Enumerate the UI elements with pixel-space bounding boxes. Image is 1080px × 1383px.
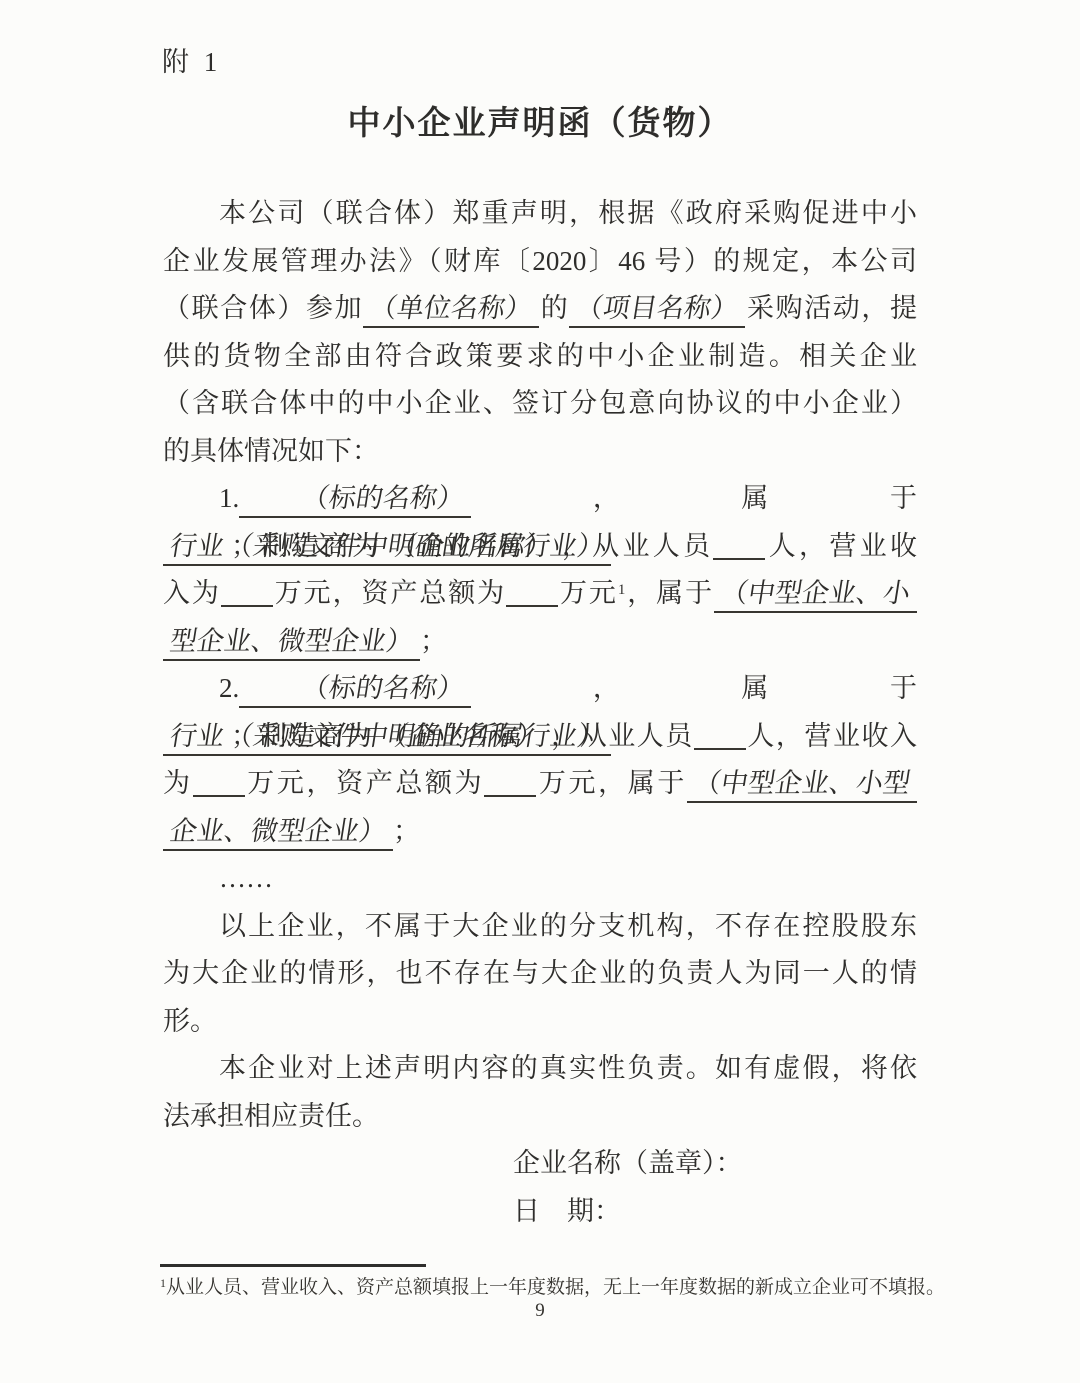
fill-in-field: （企业名称）: [374, 721, 550, 756]
blank-underline: [221, 577, 273, 607]
text-segment: 形。: [163, 1006, 217, 1036]
text-segment: 万元，资产总额为: [273, 578, 506, 608]
text-segment: 法承担相应责任。: [163, 1101, 379, 1131]
body-line: 为大企业的情形，也不存在与大企业的负责人为同一人的情: [163, 950, 917, 998]
text-segment: 日 期：: [513, 1196, 621, 1226]
text-segment: 2.: [219, 673, 239, 703]
fill-in-field: （中型企业、小: [714, 578, 917, 613]
fill-in-field-label: 行业: [166, 713, 228, 761]
body-line: 形。: [163, 998, 917, 1046]
body-line: 的具体情况如下：: [163, 428, 917, 476]
text-segment: 本企业对上述声明内容的真实性负责。如有虚假，将依: [219, 1053, 917, 1083]
fill-in-field-label: （企业名称）: [377, 713, 547, 761]
body-line: 法承担相应责任。: [163, 1093, 917, 1141]
text-segment: ，属于: [471, 483, 917, 513]
body-line: 日 期：: [163, 1188, 917, 1236]
footnote-divider: [160, 1264, 426, 1267]
fill-in-field-label: （项目名称）: [573, 285, 743, 333]
body-line: 本公司（联合体）郑重声明，根据《政府采购促进中小: [163, 190, 917, 238]
text-segment: 供的货物全部由符合政策要求的中小企业制造。相关企业: [163, 341, 917, 371]
fill-in-field-label: （中型企业、小型: [690, 760, 914, 808]
text-segment: 入为: [163, 578, 221, 608]
body-line: 型企业、微型企业）；: [163, 618, 917, 666]
blank-underline: [193, 767, 245, 797]
document-page: 附 1 中小企业声明函（货物） 本公司（联合体）郑重声明，根据《政府采购促进中小…: [0, 0, 1080, 1383]
text-segment: 本公司（联合体）郑重声明，根据《政府采购促进中小: [219, 198, 917, 228]
text-segment: 为大企业的情形，也不存在与大企业的负责人为同一人的情: [163, 958, 917, 988]
text-segment: 为: [163, 768, 193, 798]
text-segment: 的具体情况如下：: [163, 436, 379, 466]
fill-in-field-label: （标的名称）: [242, 475, 468, 523]
text-segment: 的: [539, 293, 569, 323]
fill-in-field-label: （标的名称）: [242, 665, 468, 713]
fill-in-field-label: 企业、微型企业）: [166, 808, 390, 856]
text-segment: 人，营业收: [765, 531, 917, 561]
text-segment: 万元: [558, 578, 618, 608]
fill-in-field-label: （单位名称）: [366, 285, 536, 333]
text-segment: 人，营业收入: [746, 721, 917, 751]
blank-underline: [694, 720, 746, 750]
text-segment: （含联合体中的中小企业、签订分包意向协议的中小企业）: [163, 388, 917, 418]
text-segment: 企业名称（盖章）：: [513, 1148, 743, 1178]
fill-in-field: （中型企业、小型: [687, 768, 917, 803]
text-segment: ；: [393, 816, 420, 846]
body-line: ……: [163, 855, 917, 903]
body-line: 以上企业，不属于大企业的分支机构，不存在控股股东: [163, 903, 917, 951]
fill-in-field: 型企业、微型企业）: [163, 626, 420, 661]
fill-in-field-label: （中型企业、小: [717, 570, 914, 618]
fill-in-field-label: 行业: [166, 523, 228, 571]
fill-in-field-label: （企业名称）: [386, 523, 556, 571]
blank-underline: [484, 767, 536, 797]
text-segment: 1.: [219, 483, 239, 513]
text-segment: ……: [219, 863, 273, 893]
fill-in-field: （标的名称）: [239, 483, 471, 518]
text-segment: ，属于: [471, 673, 917, 703]
text-segment: ；: [420, 626, 447, 656]
body-line: 企业、微型企业）；: [163, 808, 917, 856]
fill-in-field: 行业: [163, 531, 231, 566]
fill-in-field: （标的名称）: [239, 673, 471, 708]
body-line: （联合体）参加（单位名称）的（项目名称）采购活动，提: [163, 285, 917, 333]
body-line: 入为万元，资产总额为万元1，属于（中型企业、小: [163, 570, 917, 618]
fill-in-field-label: 型企业、微型企业）: [166, 618, 417, 666]
text-segment: 万元，资产总额为: [245, 768, 485, 798]
body-line: 2.（标的名称），属于（采购文件中明确的所属行业）: [163, 665, 917, 713]
text-segment: 万元，属于: [536, 768, 687, 798]
blank-underline: [506, 577, 558, 607]
body-line: 为万元，资产总额为万元，属于（中型企业、小型: [163, 760, 917, 808]
body-line: 企业名称（盖章）：: [163, 1140, 917, 1188]
page-number: 9: [0, 1300, 1080, 1322]
footnote: 1从业人员、营业收入、资产总额填报上一年度数据，无上一年度数据的新成立企业可不填…: [160, 1274, 970, 1301]
footnote-text: 从业人员、营业收入、资产总额填报上一年度数据，无上一年度数据的新成立企业可不填报…: [166, 1277, 945, 1298]
body-line: （含联合体中的中小企业、签订分包意向协议的中小企业）: [163, 380, 917, 428]
text-segment: ，属于: [625, 578, 714, 608]
body-line: 供的货物全部由符合政策要求的中小企业制造。相关企业: [163, 333, 917, 381]
text-segment: （联合体）参加: [163, 293, 363, 323]
document-body: 本公司（联合体）郑重声明，根据《政府采购促进中小企业发展管理办法》（财库〔202…: [163, 190, 917, 1235]
text-segment: 以上企业，不属于大企业的分支机构，不存在控股股东: [219, 911, 917, 941]
fill-in-field: （项目名称）: [569, 293, 745, 328]
fill-in-field: （单位名称）: [363, 293, 539, 328]
fill-in-field: 行业: [163, 721, 231, 756]
document-title: 中小企业声明函（货物）: [163, 97, 917, 144]
body-line: 企业发展管理办法》（财库〔2020〕46 号）的规定，本公司: [163, 238, 917, 286]
body-line: 本企业对上述声明内容的真实性负责。如有虚假，将依: [163, 1045, 917, 1093]
text-segment: 企业发展管理办法》（财库〔2020〕46 号）的规定，本公司: [163, 246, 917, 276]
blank-underline: [713, 530, 765, 560]
attachment-label: 附 1: [162, 40, 221, 79]
fill-in-field: 企业、微型企业）: [163, 816, 393, 851]
fill-in-field: （企业名称）: [383, 531, 559, 566]
body-line: 1.（标的名称），属于（采购文件中明确的所属行业）: [163, 475, 917, 523]
text-segment: 采购活动，提: [745, 293, 917, 323]
